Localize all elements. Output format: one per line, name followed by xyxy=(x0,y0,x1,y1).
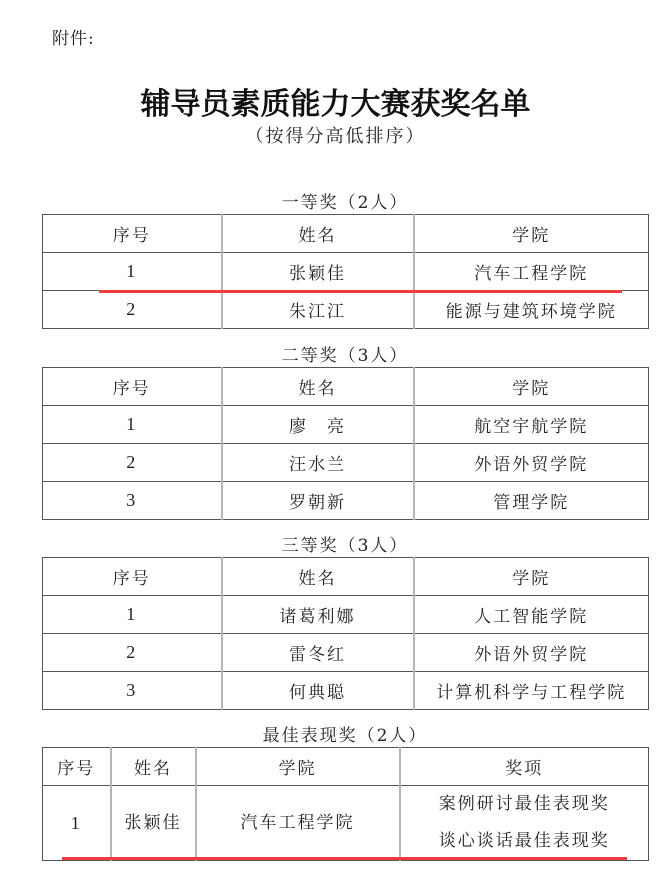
cell-award-items: 案例研讨最佳表现奖 谈心谈话最佳表现奖 xyxy=(400,786,649,861)
header-index: 序号 xyxy=(43,215,222,253)
header-award-item: 奖项 xyxy=(400,748,649,786)
cell-index: 2 xyxy=(43,634,222,672)
attachment-label: 附件: xyxy=(52,24,95,49)
table-row: 3 何典聪 计算机科学与工程学院 xyxy=(43,672,649,710)
cell-index: 1 xyxy=(43,253,222,291)
cell-college: 汽车工程学院 xyxy=(414,253,649,291)
cell-index: 3 xyxy=(43,672,222,710)
table-header-row: 序号 姓名 学院 xyxy=(43,368,649,406)
cell-name: 廖 亮 xyxy=(222,406,414,444)
table-row: 2 朱江江 能源与建筑环境学院 xyxy=(43,291,649,329)
highlight-underline xyxy=(62,857,627,860)
cell-index: 1 xyxy=(43,786,111,861)
table-row: 1 张颖佳 汽车工程学院 xyxy=(43,253,649,291)
cell-college: 能源与建筑环境学院 xyxy=(414,291,649,329)
cell-name: 雷冬红 xyxy=(222,634,414,672)
table-row: 2 雷冬红 外语外贸学院 xyxy=(43,634,649,672)
page-subtitle: （按得分高低排序） xyxy=(0,122,671,148)
cell-name: 张颖佳 xyxy=(111,786,196,861)
table-header-row: 序号 姓名 学院 xyxy=(43,215,649,253)
second-prize-table: 序号 姓名 学院 1 廖 亮 航空宇航学院 2 汪水兰 外语外贸学院 3 罗朝新… xyxy=(42,367,649,520)
cell-college: 人工智能学院 xyxy=(414,596,649,634)
header-index: 序号 xyxy=(43,558,222,596)
best-performance-table: 序号 姓名 学院 奖项 1 张颖佳 汽车工程学院 案例研讨最佳表现奖 谈心谈话最… xyxy=(42,747,649,861)
cell-name: 朱江江 xyxy=(222,291,414,329)
cell-college: 汽车工程学院 xyxy=(196,786,400,861)
cell-name: 罗朝新 xyxy=(222,482,414,520)
table-row: 2 汪水兰 外语外贸学院 xyxy=(43,444,649,482)
cell-index: 1 xyxy=(43,406,222,444)
cell-name: 何典聪 xyxy=(222,672,414,710)
header-name: 姓名 xyxy=(222,215,414,253)
header-index: 序号 xyxy=(43,748,111,786)
header-college: 学院 xyxy=(414,368,649,406)
cell-index: 3 xyxy=(43,482,222,520)
cell-college: 管理学院 xyxy=(414,482,649,520)
cell-index: 2 xyxy=(43,444,222,482)
header-name: 姓名 xyxy=(222,558,414,596)
table-row: 1 诸葛利娜 人工智能学院 xyxy=(43,596,649,634)
cell-name: 张颖佳 xyxy=(222,253,414,291)
award-item: 谈心谈话最佳表现奖 xyxy=(401,823,649,860)
header-name: 姓名 xyxy=(222,368,414,406)
first-prize-table: 序号 姓名 学院 1 张颖佳 汽车工程学院 2 朱江江 能源与建筑环境学院 xyxy=(42,214,649,329)
second-prize-heading: 二等奖（3人） xyxy=(0,341,671,366)
page-title: 辅导员素质能力大赛获奖名单 xyxy=(0,79,671,123)
cell-college: 外语外贸学院 xyxy=(414,444,649,482)
best-performance-heading: 最佳表现奖（2人） xyxy=(0,721,671,746)
header-college: 学院 xyxy=(196,748,400,786)
cell-college: 计算机科学与工程学院 xyxy=(414,672,649,710)
cell-index: 1 xyxy=(43,596,222,634)
header-college: 学院 xyxy=(414,215,649,253)
header-index: 序号 xyxy=(43,368,222,406)
third-prize-heading: 三等奖（3人） xyxy=(0,531,671,556)
cell-name: 汪水兰 xyxy=(222,444,414,482)
award-item: 案例研讨最佳表现奖 xyxy=(401,786,649,823)
table-row: 1 廖 亮 航空宇航学院 xyxy=(43,406,649,444)
table-header-row: 序号 姓名 学院 xyxy=(43,558,649,596)
table-header-row: 序号 姓名 学院 奖项 xyxy=(43,748,649,786)
first-prize-heading: 一等奖（2人） xyxy=(0,188,671,213)
table-row: 1 张颖佳 汽车工程学院 案例研讨最佳表现奖 谈心谈话最佳表现奖 xyxy=(43,786,649,861)
header-name: 姓名 xyxy=(111,748,196,786)
cell-name: 诸葛利娜 xyxy=(222,596,414,634)
third-prize-table: 序号 姓名 学院 1 诸葛利娜 人工智能学院 2 雷冬红 外语外贸学院 3 何典… xyxy=(42,557,649,710)
header-college: 学院 xyxy=(414,558,649,596)
cell-college: 外语外贸学院 xyxy=(414,634,649,672)
highlight-underline xyxy=(99,290,622,293)
cell-college: 航空宇航学院 xyxy=(414,406,649,444)
cell-index: 2 xyxy=(43,291,222,329)
table-row: 3 罗朝新 管理学院 xyxy=(43,482,649,520)
